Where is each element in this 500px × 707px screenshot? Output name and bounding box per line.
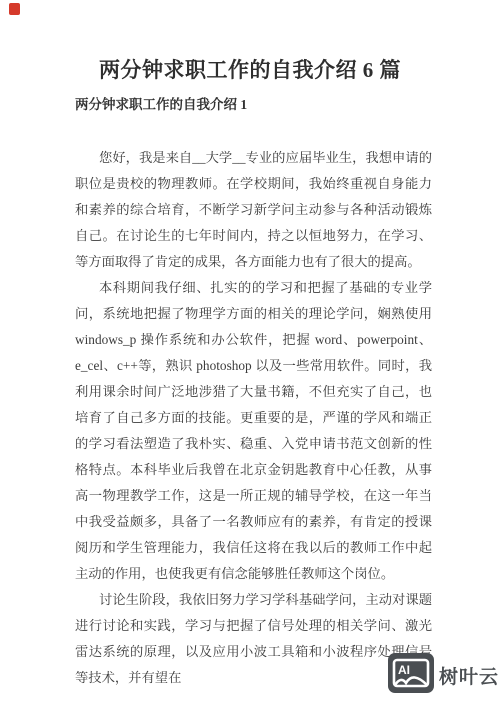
paragraph: 本科期间我仔细、扎实的的学习和把握了基础的专业学问，系统地把握了物理学方面的相关…: [75, 275, 432, 587]
document-title: 两分钟求职工作的自我介绍 6 篇: [0, 57, 500, 84]
document-page: 两分钟求职工作的自我介绍 6 篇 两分钟求职工作的自我介绍 1 您好，我是来自_…: [0, 0, 500, 707]
document-body: 您好，我是来自__大学__专业的应届毕业生，我想申请的职位是贵校的物理教师。在学…: [75, 145, 432, 691]
red-corner-badge: [9, 3, 20, 15]
watermark-brand-name: 树叶云: [439, 662, 499, 689]
ai-image-logo-icon: AI: [388, 653, 434, 698]
watermark: AI 树叶云: [388, 653, 499, 698]
paragraph: 讨论生阶段，我依旧努力学习学科基础学问，主动对课题进行讨论和实践，学习与把握了信…: [75, 587, 432, 691]
paragraph: 您好，我是来自__大学__专业的应届毕业生，我想申请的职位是贵校的物理教师。在学…: [75, 145, 432, 275]
ai-logo-text-svg: AI: [398, 663, 410, 677]
section-heading: 两分钟求职工作的自我介绍 1: [75, 97, 247, 113]
